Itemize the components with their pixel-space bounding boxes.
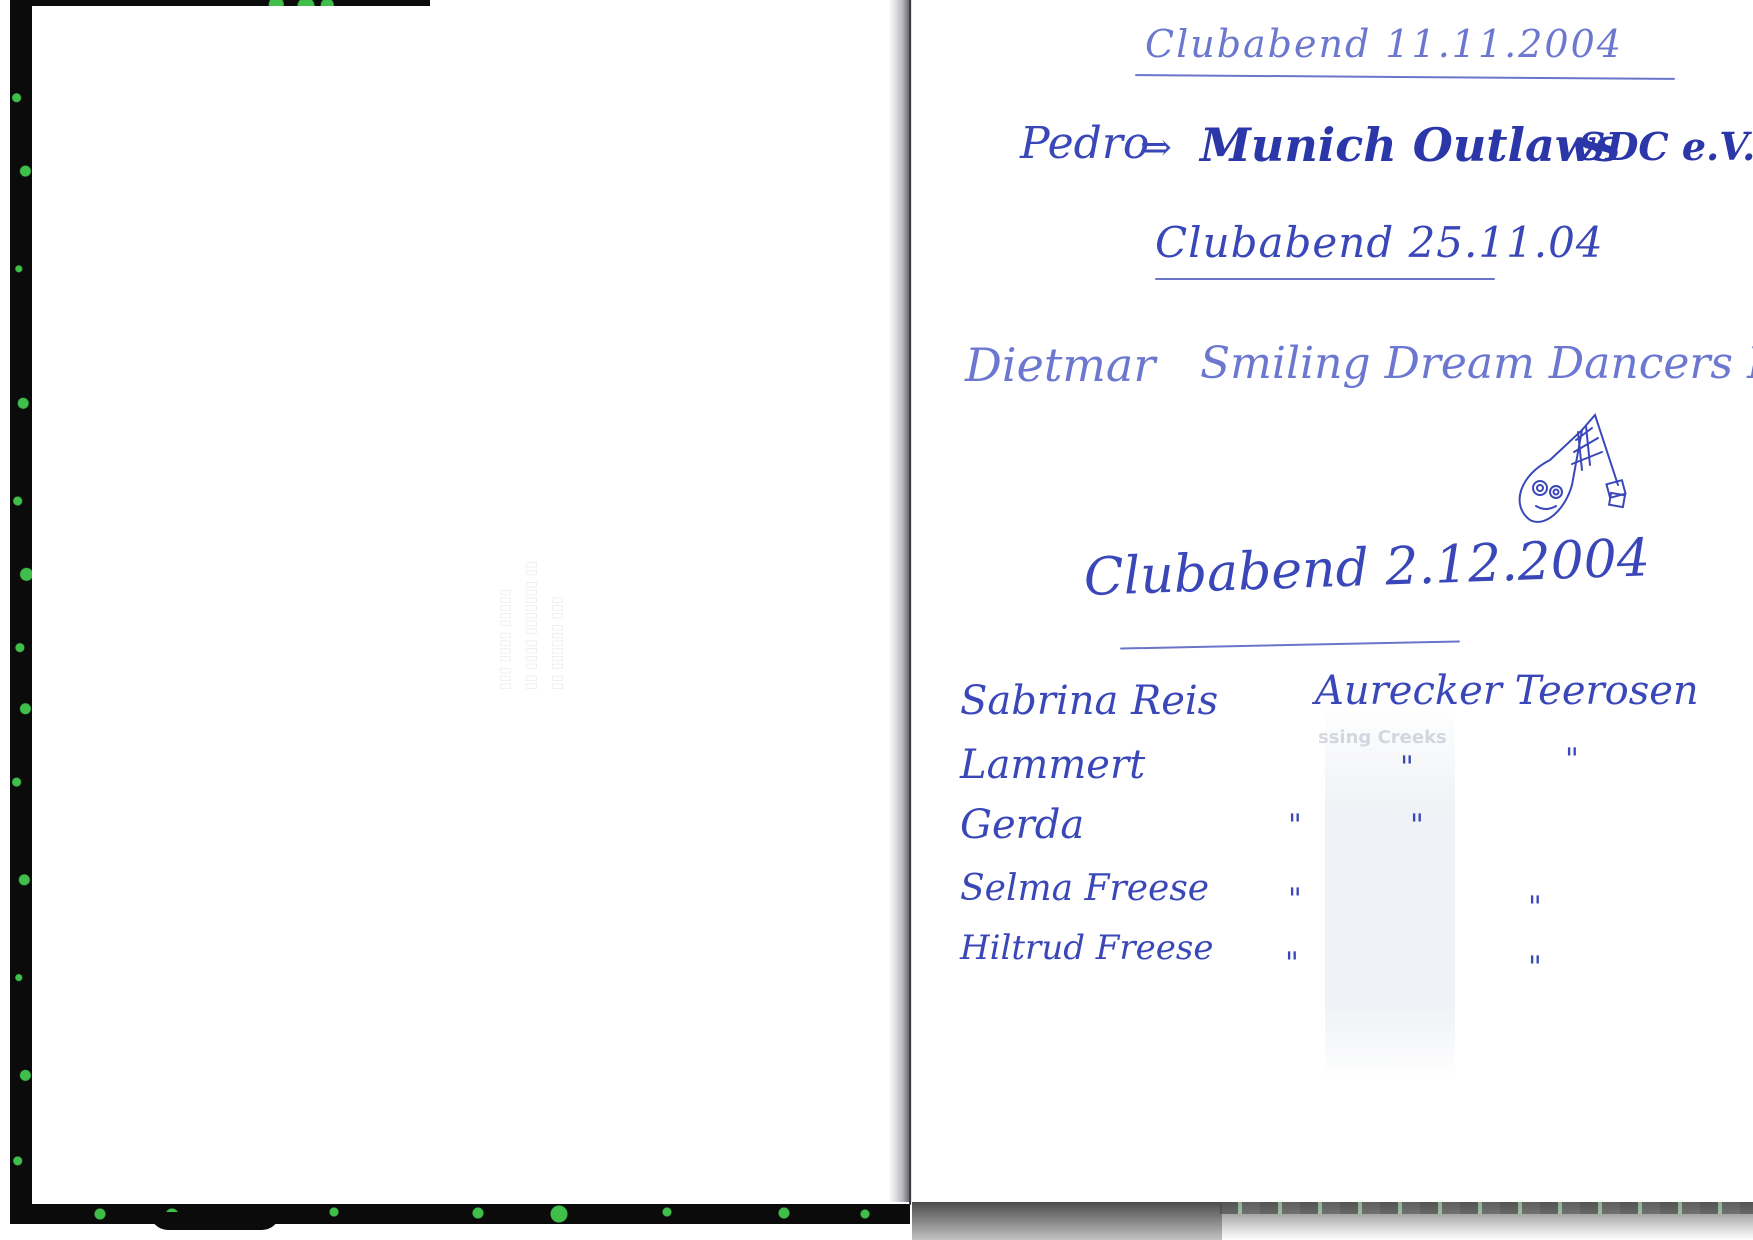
signature-name: Sabrina Reis [960,678,1218,724]
book-spine-fold [909,0,911,1205]
date-heading-2-underline [1155,278,1495,280]
date-heading-2: Clubabend 25.11.04 [1155,218,1604,267]
guest-name-pedro: Pedro [1020,118,1149,169]
ditto-mark: " [1528,950,1542,985]
book-cover-bottom-dip [150,1212,280,1230]
signature-name: Hiltrud Freese [960,928,1213,968]
stamp-bleed-through-text: ssing Creeks [1318,727,1447,748]
book-cover-bottom-edge [10,1204,910,1224]
date-heading-1: Clubabend 11.11.2004 [1145,22,1623,66]
signature-name: Selma Freese [960,868,1209,909]
ditto-mark: " [1410,808,1424,843]
book-cover-left-edge [10,0,32,1222]
ditto-mark: " [1285,946,1299,981]
ditto-mark: " [1288,808,1302,843]
guest-club-munich-outlaws: Munich Outlaws [1200,118,1620,172]
ditto-mark: " [1288,882,1302,917]
smiling-note-doodle-icon [1510,410,1640,530]
ditto-mark: " [1528,890,1542,925]
guest-club-suffix: SDC e.V. [1578,124,1753,169]
guest-name-dietmar: Dietmar [965,338,1155,392]
signature-name: Lammert [960,742,1145,788]
signature-club: Aurecker Teerosen [1315,668,1699,714]
ditto-mark: " [1400,750,1414,785]
left-page [32,6,902,1204]
right-page-stamp-bleed-through [1325,700,1455,1080]
book-cover-bottom-right-texture [1220,1202,1753,1214]
signature-name: Gerda [960,802,1084,848]
guest-club-smiling-dream-dancers: Smiling Dream Dancers Hamm [1200,338,1753,389]
left-page-bleed-through: ▯▯▯ ▯▯▯▯ ▯▯▯▯▯▯▯ ▯▯▯▯ ▯▯▯▯▯▯▯ ▯▯▯▯ ▯▯▯▯▯… [492,561,570,690]
ditto-mark: " [1565,742,1579,777]
arrow-icon: ⇒ [1140,125,1172,169]
